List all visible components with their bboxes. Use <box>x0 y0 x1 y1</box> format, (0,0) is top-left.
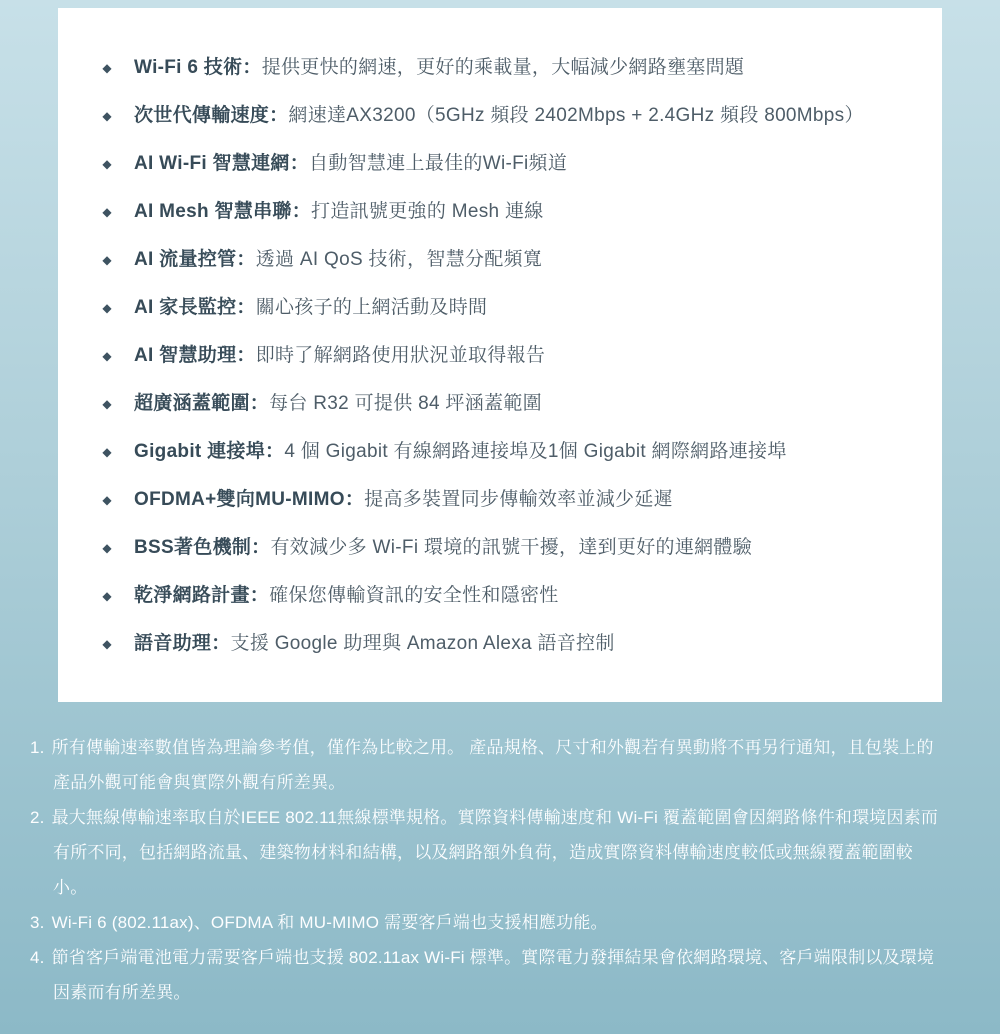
feature-label: OFDMA+雙向MU-MIMO： <box>134 489 364 510</box>
feature-description: 支援 Google 助理與 Amazon Alexa 語音控制 <box>231 633 615 654</box>
footnote-number: 3. <box>30 913 52 932</box>
feature-label: Gigabit 連接埠： <box>134 441 284 462</box>
diamond-bullet-icon: ◆ <box>100 630 114 658</box>
feature-item: ◆次世代傳輸速度：網速達AX3200（5GHz 頻段 2402Mbps + 2.… <box>100 102 906 130</box>
diamond-bullet-icon: ◆ <box>100 582 114 610</box>
feature-card: ◆Wi-Fi 6 技術：提供更快的網速，更好的乘載量，大幅減少網路壅塞問題 ◆次… <box>58 8 942 702</box>
feature-text: AI 智慧助理：即時了解網路使用狀況並取得報告 <box>134 342 545 370</box>
footnote-item: 4.節省客戶端電池電力需要客戶端也支援 802.11ax Wi-Fi 標準。實際… <box>30 940 944 1010</box>
footnote-text: 最大無線傳輸速率取自於IEEE 802.11無線標準規格。實際資料傳輸速度和 W… <box>52 808 939 897</box>
feature-text: AI 流量控管：透過 AI QoS 技術，智慧分配頻寬 <box>134 246 542 274</box>
diamond-bullet-icon: ◆ <box>100 54 114 82</box>
feature-label: AI 流量控管： <box>134 249 256 270</box>
feature-description: 透過 AI QoS 技術，智慧分配頻寬 <box>256 249 543 270</box>
feature-item: ◆超廣涵蓋範圍：每台 R32 可提供 84 坪涵蓋範圍 <box>100 390 906 418</box>
feature-description: 確保您傳輸資訊的安全性和隱密性 <box>269 585 559 606</box>
feature-item: ◆AI 流量控管：透過 AI QoS 技術，智慧分配頻寬 <box>100 246 906 274</box>
footnote-item: 3.Wi-Fi 6 (802.11ax)、OFDMA 和 MU-MIMO 需要客… <box>30 905 944 940</box>
footnote-number: 2. <box>30 808 52 827</box>
diamond-bullet-icon: ◆ <box>100 102 114 130</box>
footnote-text: Wi-Fi 6 (802.11ax)、OFDMA 和 MU-MIMO 需要客戶端… <box>52 913 608 932</box>
feature-text: 語音助理：支援 Google 助理與 Amazon Alexa 語音控制 <box>134 630 615 658</box>
feature-text: AI Mesh 智慧串聯：打造訊號更強的 Mesh 連線 <box>134 198 544 226</box>
feature-text: 超廣涵蓋範圍：每台 R32 可提供 84 坪涵蓋範圍 <box>134 390 542 418</box>
footnote-item: 1.所有傳輸速率數值皆為理論參考值，僅作為比較之用。 產品規格、尺寸和外觀若有異… <box>30 730 944 800</box>
feature-label: 乾淨網路計畫： <box>134 585 269 606</box>
feature-item: ◆乾淨網路計畫：確保您傳輸資訊的安全性和隱密性 <box>100 582 906 610</box>
feature-label: AI Mesh 智慧串聯： <box>134 201 311 222</box>
feature-item: ◆BSS著色機制：有效減少多 Wi-Fi 環境的訊號干擾，達到更好的連網體驗 <box>100 534 906 562</box>
feature-description: 提供更快的網速，更好的乘載量，大幅減少網路壅塞問題 <box>262 57 745 78</box>
feature-text: BSS著色機制：有效減少多 Wi-Fi 環境的訊號干擾，達到更好的連網體驗 <box>134 534 752 562</box>
feature-label: 語音助理： <box>134 633 231 654</box>
feature-text: 次世代傳輸速度：網速達AX3200（5GHz 頻段 2402Mbps + 2.4… <box>134 102 864 130</box>
feature-description: 打造訊號更強的 Mesh 連線 <box>311 201 544 222</box>
diamond-bullet-icon: ◆ <box>100 294 114 322</box>
footnote-text: 節省客戶端電池電力需要客戶端也支援 802.11ax Wi-Fi 標準。實際電力… <box>52 948 935 1002</box>
feature-text: 乾淨網路計畫：確保您傳輸資訊的安全性和隱密性 <box>134 582 559 610</box>
feature-description: 提高多裝置同步傳輸效率並減少延遲 <box>364 489 673 510</box>
feature-description: 4 個 Gigabit 有線網路連接埠及1個 Gigabit 網際網路連接埠 <box>284 441 786 462</box>
diamond-bullet-icon: ◆ <box>100 390 114 418</box>
diamond-bullet-icon: ◆ <box>100 246 114 274</box>
feature-item: ◆AI 智慧助理：即時了解網路使用狀況並取得報告 <box>100 342 906 370</box>
feature-description: 網速達AX3200（5GHz 頻段 2402Mbps + 2.4GHz 頻段 8… <box>288 105 863 126</box>
feature-list: ◆Wi-Fi 6 技術：提供更快的網速，更好的乘載量，大幅減少網路壅塞問題 ◆次… <box>100 54 906 658</box>
feature-text: Gigabit 連接埠：4 個 Gigabit 有線網路連接埠及1個 Gigab… <box>134 438 787 466</box>
feature-item: ◆Gigabit 連接埠：4 個 Gigabit 有線網路連接埠及1個 Giga… <box>100 438 906 466</box>
feature-item: ◆AI 家長監控：關心孩子的上網活動及時間 <box>100 294 906 322</box>
feature-text: AI 家長監控：關心孩子的上網活動及時間 <box>134 294 487 322</box>
footnote-text: 所有傳輸速率數值皆為理論參考值，僅作為比較之用。 產品規格、尺寸和外觀若有異動將… <box>52 738 934 792</box>
feature-item: ◆AI Wi-Fi 智慧連網：自動智慧連上最佳的Wi-Fi頻道 <box>100 150 906 178</box>
product-description-page: { "colors": { "background_top": "#c7e0e8… <box>0 0 1000 1034</box>
footnote-number: 1. <box>30 738 52 757</box>
footnote-list: 1.所有傳輸速率數值皆為理論參考值，僅作為比較之用。 產品規格、尺寸和外觀若有異… <box>30 730 944 1010</box>
diamond-bullet-icon: ◆ <box>100 150 114 178</box>
feature-text: Wi-Fi 6 技術：提供更快的網速，更好的乘載量，大幅減少網路壅塞問題 <box>134 54 744 82</box>
feature-label: AI 智慧助理： <box>134 345 256 366</box>
feature-item: ◆AI Mesh 智慧串聯：打造訊號更強的 Mesh 連線 <box>100 198 906 226</box>
feature-text: OFDMA+雙向MU-MIMO：提高多裝置同步傳輸效率並減少延遲 <box>134 486 673 514</box>
diamond-bullet-icon: ◆ <box>100 198 114 226</box>
feature-item: ◆Wi-Fi 6 技術：提供更快的網速，更好的乘載量，大幅減少網路壅塞問題 <box>100 54 906 82</box>
diamond-bullet-icon: ◆ <box>100 534 114 562</box>
footnote-item: 2.最大無線傳輸速率取自於IEEE 802.11無線標準規格。實際資料傳輸速度和… <box>30 800 944 905</box>
feature-description: 即時了解網路使用狀況並取得報告 <box>256 345 546 366</box>
feature-description: 自動智慧連上最佳的Wi-Fi頻道 <box>309 153 567 174</box>
feature-item: ◆語音助理：支援 Google 助理與 Amazon Alexa 語音控制 <box>100 630 906 658</box>
diamond-bullet-icon: ◆ <box>100 486 114 514</box>
feature-label: AI Wi-Fi 智慧連網： <box>134 153 309 174</box>
feature-text: AI Wi-Fi 智慧連網：自動智慧連上最佳的Wi-Fi頻道 <box>134 150 567 178</box>
footnote-number: 4. <box>30 948 52 967</box>
feature-label: Wi-Fi 6 技術： <box>134 57 262 78</box>
feature-label: 超廣涵蓋範圍： <box>134 393 269 414</box>
feature-description: 每台 R32 可提供 84 坪涵蓋範圍 <box>269 393 542 414</box>
feature-item: ◆OFDMA+雙向MU-MIMO：提高多裝置同步傳輸效率並減少延遲 <box>100 486 906 514</box>
feature-description: 關心孩子的上網活動及時間 <box>256 297 488 318</box>
feature-label: AI 家長監控： <box>134 297 256 318</box>
feature-description: 有效減少多 Wi-Fi 環境的訊號干擾，達到更好的連網體驗 <box>270 537 752 558</box>
diamond-bullet-icon: ◆ <box>100 438 114 466</box>
diamond-bullet-icon: ◆ <box>100 342 114 370</box>
feature-label: BSS著色機制： <box>134 537 270 558</box>
feature-label: 次世代傳輸速度： <box>134 105 288 126</box>
